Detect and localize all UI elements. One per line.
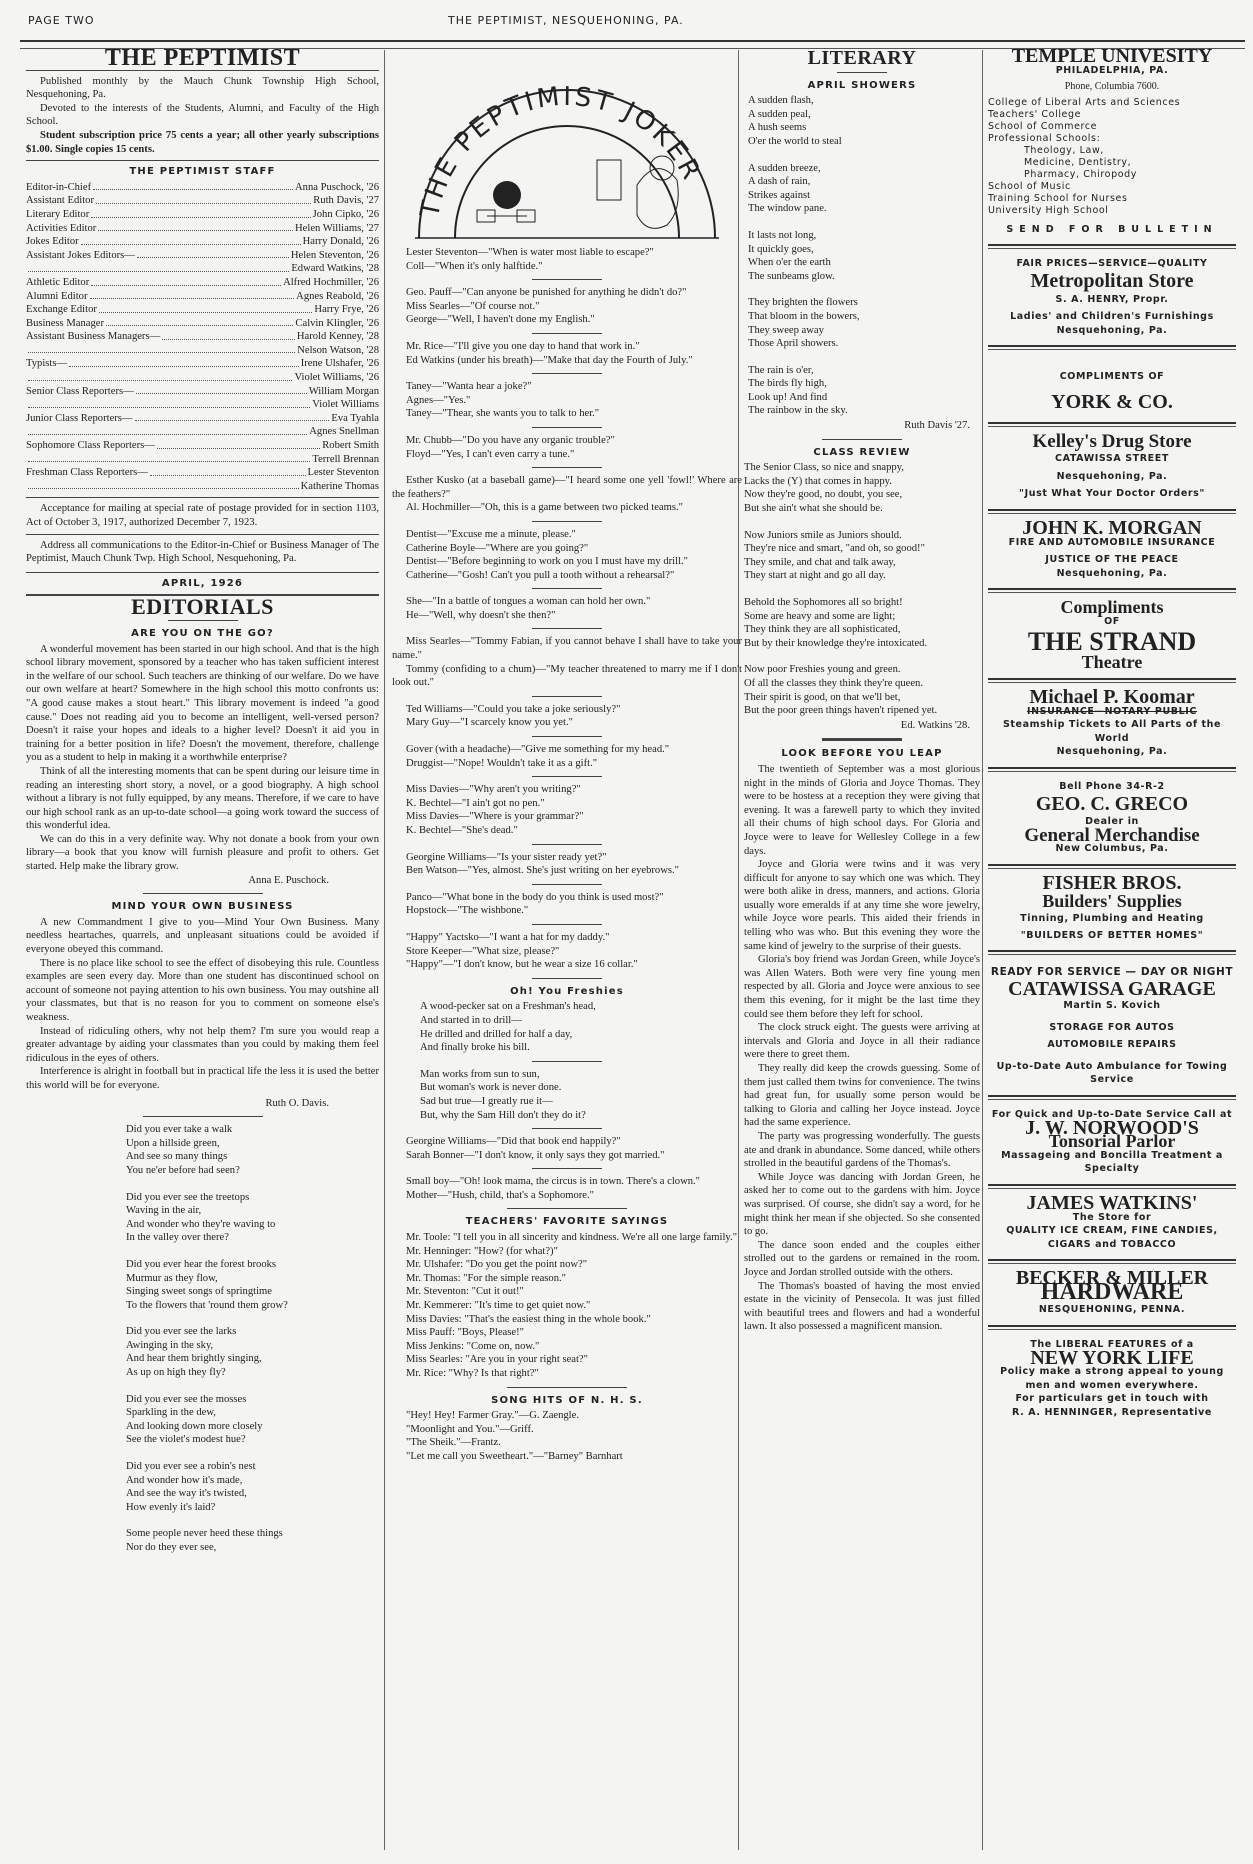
leader-dots [106,317,293,327]
joke-line: He—"Well, why doesn't she then?" [392,609,742,623]
paragraph: The Thomas's boasted of having the most … [744,1280,980,1334]
staff-name: Terrell Brennan [312,453,379,467]
poem-line: O'er the world to steal [748,135,980,149]
joke-divider [532,884,602,885]
ad-becker-miller: BECKER & MILLER HARDWARE NESQUEHONING, P… [988,1272,1236,1317]
saying: Miss Davies: "That's the easiest thing i… [392,1313,742,1327]
staff-row: Assistant Jokes Editors—Helen Steventon,… [26,249,379,263]
poem-line: To the flowers that 'round them grow? [126,1299,379,1313]
poem-line: They brighten the flowers [748,296,980,310]
paragraph: We can do this in a very definite way. W… [26,833,379,874]
masthead-title: THE PEPTIMIST [26,52,379,66]
joke: Georgine Williams—"Did that book end hap… [392,1135,742,1162]
staff-role: Athletic Editor [26,276,89,290]
leader-dots [28,398,310,408]
poem-line: See the violet's modest hue? [126,1433,379,1447]
leader-dots [28,453,310,463]
staff-role: Junior Class Reporters— [26,412,133,426]
poem-line: When o'er the earth [748,256,980,270]
leader-dots [28,344,295,354]
poem-line: Lacks the (Y) that comes in happy. [744,475,980,489]
leader-dots [28,425,307,435]
poem-line: Did you ever hear the forest brooks [126,1258,379,1272]
ad-catawissa-garage: READY FOR SERVICE — DAY OR NIGHT CATAWIS… [988,963,1236,1087]
poem-line: Nor do they ever see, [126,1541,379,1555]
staff-row: Business ManagerCalvin Klingler, '26 [26,317,379,331]
joke: Mr. Chubb—"Do you have any organic troub… [392,434,742,461]
joke-divider [532,521,602,522]
poem-line: Awinging in the sky, [126,1339,379,1353]
verse-line: And finally broke his bill. [420,1041,742,1055]
stanza: Did you ever see the larksAwinging in th… [126,1325,379,1379]
stanza: The Senior Class, so nice and snappy,Lac… [744,461,980,515]
poem-line: Did you ever see the larks [126,1325,379,1339]
poem-line: Strikes against [748,189,980,203]
staff-name: Nelson Watson, '28 [297,344,379,358]
staff-name: John Cipko, '26 [313,208,379,222]
school-item: Medicine, Dentistry, [988,157,1236,169]
sayings-list: Mr. Toole: "I tell you in all sincerity … [392,1231,742,1381]
staff-row: Athletic EditorAlfred Hochmiller, '26 [26,276,379,290]
joke-line: "Happy" Yactsko—"I want a hat for my dad… [392,931,742,945]
joke-line: Store Keeper—"What size, please?" [392,945,742,959]
staff-name: Helen Steventon, '26 [291,249,379,263]
joke-divider [532,588,602,589]
staff-name: William Morgan [309,385,379,399]
staff-role: Freshman Class Reporters— [26,466,148,480]
staff-role: Jokes Editor [26,235,79,249]
joke-divider [532,373,602,374]
poem-line: Of all the classes they think they're qu… [744,677,980,691]
joke-line: K. Bechtel—"She's dead." [392,824,742,838]
joke-line: Druggist—"Nope! Wouldn't take it as a gi… [392,757,742,771]
verse-line: He drilled and drilled for half a day, [420,1028,742,1042]
jokes-list: Georgine Williams—"Did that book end hap… [392,1135,742,1202]
ad-metropolitan-store: FAIR PRICES—SERVICE—QUALITY Metropolitan… [988,257,1236,337]
address-notice: Address all communications to the Editor… [26,539,379,566]
joke-divider [532,1168,602,1169]
poem-line: Singing sweet songs of springtime [126,1285,379,1299]
joke-line: K. Bechtel—"I ain't got no pen." [392,797,742,811]
staff-name: Katherine Thomas [301,480,379,494]
leader-dots [93,181,293,191]
staff-row: Exchange EditorHarry Frye, '26 [26,303,379,317]
joke-line: Ben Watson—"Yes, almost. She's just writ… [392,864,742,878]
staff-role: Assistant Editor [26,194,94,208]
leader-dots [28,262,289,272]
column-masthead-editorials: THE PEPTIMIST Published monthly by the M… [26,50,379,1568]
poem-line: A hush seems [748,121,980,135]
paragraph: Instead of ridiculing others, why not he… [26,1025,379,1066]
ad-kelleys-drug-store: Kelley's Drug Store CATAWISSA STREET Nes… [988,435,1236,501]
joke-divider [532,844,602,845]
poem-line: And wonder how it's made, [126,1474,379,1488]
staff-role: Sophomore Class Reporters— [26,439,155,453]
saying: Mr. Rice: "Why? Is that right?" [392,1367,742,1381]
stanza: They brighten the flowersThat bloom in t… [748,296,980,350]
staff-row: Assistant EditorRuth Davis, '27 [26,194,379,208]
ad-temple-university: TEMPLE UNIVESITY PHILADELPHIA, PA. Phone… [988,50,1236,236]
poem-line: Did you ever take a walk [126,1123,379,1137]
paragraph: The clock struck eight. The guests were … [744,1021,980,1062]
poem-line: But the poor green things haven't ripene… [744,704,980,718]
staff-role: Business Manager [26,317,104,331]
joke-divider [532,628,602,629]
editorial-body: A wonderful movement has been started in… [26,643,379,874]
staff-row: Junior Class Reporters—Eva Tyahla [26,412,379,426]
joke-line: Coll—"When it's only halftide." [392,260,742,274]
joke-line: She—"In a battle of tongues a woman can … [392,595,742,609]
poem-line: A sudden peal, [748,108,980,122]
staff-name: Agnes Reabold, '26 [296,290,379,304]
saying: Mr. Kemmerer: "It's time to get quiet no… [392,1299,742,1313]
leader-dots [150,466,306,476]
poem-line: That bloom in the bowers, [748,310,980,324]
leader-dots [28,371,292,381]
staff-row: Nelson Watson, '28 [26,344,379,358]
poem-line: Did you ever see the mosses [126,1393,379,1407]
joke-line: Mary Guy—"I scarcely know you yet." [392,716,742,730]
poem-line: Those April showers. [748,337,980,351]
ad-geo-c-greco: Bell Phone 34-R-2 GEO. C. GRECO Dealer i… [988,780,1236,856]
stanza: A sudden breeze,A dash of rain,Strikes a… [748,162,980,216]
ad-michael-p-koomar: Michael P. Koomar INSURANCE—NOTARY PUBLI… [988,691,1236,759]
poem-line: Now Juniors smile as Juniors should. [744,529,980,543]
literary-heading: LITERARY [744,52,980,66]
leader-dots [96,194,311,204]
joke: Taney—"Wanta hear a joke?"Agnes—"Yes."Ta… [392,380,742,421]
staff-row: Typists—Irene Ulshafer, '26 [26,357,379,371]
saying: Miss Jenkins: "Come on, now." [392,1340,742,1354]
staff-name: Violet Williams [312,398,379,412]
ad-the-strand-theatre: Compliments OF THE STRAND Theatre [988,601,1236,670]
poem-line: Murmur as they flow, [126,1272,379,1286]
leader-dots [135,412,330,422]
staff-row: Violet Williams [26,398,379,412]
staff-role: Exchange Editor [26,303,97,317]
poem-line: Their spirit is good, on that we'll bet, [744,691,980,705]
poem-line: They think they are all sophisticated, [744,623,980,637]
ad-james-watkins: JAMES WATKINS' The Store for QUALITY ICE… [988,1197,1236,1251]
column-divider [982,50,983,1850]
poem-line: And see the way it's twisted, [126,1487,379,1501]
verse-line: And started in to drill— [420,1014,742,1028]
joke: Miss Davies—"Why aren't you writing?"K. … [392,783,742,837]
joke-line: Dentist—"Excuse me a minute, please." [392,528,742,542]
leader-dots [90,290,295,300]
page-header: PAGE TWO THE PEPTIMIST, NESQUEHONING, PA… [28,14,1253,34]
paragraph: A new Commandment I give to you—Mind You… [26,916,379,957]
leader-dots [136,385,307,395]
poem-line: Look up! And find [748,391,980,405]
staff-row: Sophomore Class Reporters—Robert Smith [26,439,379,453]
staff-role: Senior Class Reporters— [26,385,134,399]
poem-line: How evenly it's laid? [126,1501,379,1515]
staff-list: Editor-in-ChiefAnna Puschock, '26Assista… [26,181,379,494]
joke-line: Taney—"Thear, she wants you to talk to h… [392,407,742,421]
nature-poem: Did you ever take a walkUpon a hillside … [126,1123,379,1554]
school-item: College of Liberal Arts and Sciences [988,97,1236,109]
poem-line: The window pane. [748,202,980,216]
stanza: It lasts not long,It quickly goes,When o… [748,229,980,283]
paragraph: There is no place like school to see the… [26,957,379,1025]
school-item: School of Music [988,181,1236,193]
staff-name: Harry Donald, '26 [303,235,379,249]
staff-name: Lester Steventon [308,466,380,480]
school-item: Training School for Nurses [988,193,1236,205]
staff-row: Katherine Thomas [26,480,379,494]
staff-name: Eva Tyahla [331,412,379,426]
joke-line: George—"Well, I haven't done my English.… [392,313,742,327]
song: "Hey! Hey! Farmer Gray."—G. Zaengle. [392,1409,742,1423]
stanza: The rain is o'er,The birds fly high,Look… [748,364,980,418]
joke: Miss Searles—"Tommy Fabian, if you canno… [392,635,742,689]
school-item: Professional Schools: [988,133,1236,145]
joke-line: Dentist—"Before beginning to work on you… [392,555,742,569]
ad-york-co: COMPLIMENTS OF YORK & CO. [988,358,1236,413]
saying: Miss Pauff: "Boys, Please!" [392,1326,742,1340]
stanza: Did you ever see the mossesSparkling in … [126,1393,379,1447]
staff-name: Irene Ulshafer, '26 [301,357,379,371]
staff-role: Typists— [26,357,67,371]
poem-line: A sudden flash, [748,94,980,108]
joke-line: Catherine Boyle—"Where are you going?" [392,542,742,556]
paragraph: A wonderful movement has been started in… [26,643,379,765]
poem-line: Sparkling in the dew, [126,1406,379,1420]
joke-line: Floyd—"Yes, I can't even carry a tune." [392,448,742,462]
staff-name: Anna Puschock, '26 [295,181,379,195]
poem-line: Some are heavy and some are light; [744,610,980,624]
page-label: PAGE TWO [28,14,95,27]
column-jokes: THE PEPTIMIST JOKER Lester Steventon—"Wh… [392,50,742,1464]
poem-line: In the valley over there? [126,1231,379,1245]
verse-line: Man works from sun to sun, [420,1068,742,1082]
paragraph: Think of all the interesting moments tha… [26,765,379,833]
paragraph: Joyce and Gloria were twins and it was v… [744,858,980,953]
woman-work-verse: Man works from sun to sun,But woman's wo… [420,1068,742,1122]
leader-dots [91,276,281,286]
saying: Mr. Ulshafer: "Do you get the point now?… [392,1258,742,1272]
ad-new-york-life: The LIBERAL FEATURES of a NEW YORK LIFE … [988,1338,1236,1420]
poem-line: It quickly goes, [748,243,980,257]
joke-divider [532,696,602,697]
joke-line: Ted Williams—"Could you take a joke seri… [392,703,742,717]
staff-row: Agnes Snellman [26,425,379,439]
staff-name: Harold Kenney, '28 [297,330,379,344]
poem-line: Did you ever see a robin's nest [126,1460,379,1474]
intro-text: Published monthly by the Mauch Chunk Tow… [26,75,379,102]
joke-line: Esther Kusko (at a baseball game)—"I hea… [392,474,742,501]
joke-line: Miss Davies—"Where is your grammar?" [392,810,742,824]
staff-row: Violet Williams, '26 [26,371,379,385]
poem-line: They smile, and chat and talk away, [744,556,980,570]
leader-dots [81,235,301,245]
saying: Mr. Thomas: "For the simple reason." [392,1272,742,1286]
verse-line: But, why the Sam Hill don't they do it? [420,1109,742,1123]
staff-row: Alumni EditorAgnes Reabold, '26 [26,290,379,304]
leader-dots [157,439,320,449]
stanza: Did you ever see a robin's nestAnd wonde… [126,1460,379,1514]
school-item: Pharmacy, Chiropody [988,169,1236,181]
poem-line: Upon a hillside green, [126,1137,379,1151]
stanza: Did you ever see the treetopsWaving in t… [126,1191,379,1245]
class-review-poem: The Senior Class, so nice and snappy,Lac… [744,461,980,718]
joke-line: Lester Steventon—"When is water most lia… [392,246,742,260]
poem-line: And looking down more closely [126,1420,379,1434]
verse-line: A wood-pecker sat on a Freshman's head, [420,1000,742,1014]
staff-role: Alumni Editor [26,290,88,304]
verse-line: But woman's work is never done. [420,1081,742,1095]
stanza: Did you ever take a walkUpon a hillside … [126,1123,379,1177]
ad-john-k-morgan: JOHN K. MORGAN FIRE AND AUTOMOBILE INSUR… [988,522,1236,580]
editorial-title: ARE YOU ON THE GO? [26,627,379,641]
intro-text: Devoted to the interests of the Students… [26,102,379,129]
joke: She—"In a battle of tongues a woman can … [392,595,742,622]
paragraph: Gloria's boy friend was Jordan Green, wh… [744,953,980,1021]
paragraph: The party was progressing wonderfully. T… [744,1130,980,1171]
poem-title: CLASS REVIEW [744,446,980,460]
freshies-poem: A wood-pecker sat on a Freshman's head,A… [420,1000,742,1054]
joke-line: Ed Watkins (under his breath)—"Make that… [392,354,742,368]
joke-divider [532,736,602,737]
staff-role: Activities Editor [26,222,96,236]
joke-line: Miss Searles—"Tommy Fabian, if you canno… [392,635,742,662]
school-item: School of Commerce [988,121,1236,133]
poem-line: Some people never heed these things [126,1527,379,1541]
subscription-text: Student subscription price 75 cents a ye… [26,129,379,156]
joke-line: Sarah Bonner—"I don't know, it only says… [392,1149,742,1163]
poem-line: The sunbeams glow. [748,270,980,284]
leader-dots [98,222,293,232]
school-item: Teachers' College [988,109,1236,121]
editorial-signature: Ruth O. Davis. [26,1097,379,1111]
poem-line: Behold the Sophomores all so bright! [744,596,980,610]
editorials-heading: EDITORIALS [26,600,379,614]
staff-role: Literary Editor [26,208,89,222]
joke-line: Hopstock—"The wishbone." [392,904,742,918]
joke: Geo. Pauff—"Can anyone be punished for a… [392,286,742,327]
stanza: A sudden flash,A sudden peal,A hush seem… [748,94,980,148]
leader-dots [69,357,299,367]
joke-line: Al. Hochmiller—"Oh, this is a game betwe… [392,501,742,515]
joke: Panco—"What bone in the body do you thin… [392,891,742,918]
saying: Mr. Steventon: "Cut it out!" [392,1285,742,1299]
verse-line: Sad but true—I greatly rue it— [420,1095,742,1109]
sayings-title: TEACHERS' FAVORITE SAYINGS [392,1215,742,1229]
story-body: The twentieth of September was a most gl… [744,763,980,1334]
staff-name: Edward Watkins, '28 [291,262,379,276]
poem-signature: Ruth Davis '27. [744,419,980,433]
joke-line: Mr. Chubb—"Do you have any organic troub… [392,434,742,448]
stanza: Behold the Sophomores all so bright!Some… [744,596,980,650]
april-showers-poem: A sudden flash,A sudden peal,A hush seem… [748,94,980,418]
editorial-body: A new Commandment I give to you—Mind You… [26,916,379,1093]
svg-text:THE PEPTIMIST JOKER: THE PEPTIMIST JOKER [415,82,707,221]
stanza: Did you ever hear the forest brooksMurmu… [126,1258,379,1312]
joke-line: Taney—"Wanta hear a joke?" [392,380,742,394]
joke-divider [532,279,602,280]
poem-line: As up on high they fly? [126,1366,379,1380]
joke: Mr. Rice—"I'll give you one day to hand … [392,340,742,367]
poem-title: APRIL SHOWERS [744,79,980,93]
leader-dots [137,249,289,259]
staff-row: Activities EditorHelen Williams, '27 [26,222,379,236]
poem-signature: Ed. Watkins '28. [744,719,980,733]
staff-name: Robert Smith [322,439,379,453]
joke-divider [532,776,602,777]
ad-fisher-bros: FISHER BROS. Builders' Supplies Tinning,… [988,877,1236,942]
staff-name: Calvin Klingler, '26 [295,317,379,331]
paragraph: The dance soon ended and the couples eit… [744,1239,980,1280]
joke-line: Mr. Rice—"I'll give you one day to hand … [392,340,742,354]
running-title: THE PEPTIMIST, NESQUEHONING, PA. [448,14,684,27]
school-item: Theology, Law, [988,145,1236,157]
joke-line: Catherine—"Gosh! Can't you pull a tooth … [392,569,742,583]
peptimist-joker-logo: THE PEPTIMIST JOKER [407,50,727,240]
school-item: University High School [988,205,1236,217]
paragraph: They really did keep the crowds guessing… [744,1062,980,1130]
joke-line: Geo. Pauff—"Can anyone be punished for a… [392,286,742,300]
issue-date: APRIL, 1926 [26,577,379,591]
leader-dots [99,303,313,313]
staff-role: Assistant Business Managers— [26,330,160,344]
poem-line: Now they're good, no doubt, you see, [744,488,980,502]
joke: Dentist—"Excuse me a minute, please."Cat… [392,528,742,582]
joke: Ted Williams—"Could you take a joke seri… [392,703,742,730]
paragraph: Interference is alright in football but … [26,1065,379,1092]
poem-line: The birds fly high, [748,377,980,391]
stanza: Now poor Freshies young and green.Of all… [744,663,980,717]
staff-row: Assistant Business Managers—Harold Kenne… [26,330,379,344]
column-advertisements: TEMPLE UNIVESITY PHILADELPHIA, PA. Phone… [988,50,1236,1420]
editorial-signature: Anna E. Puschock. [26,874,379,888]
stanza: Now Juniors smile as Juniors should.They… [744,529,980,583]
staff-row: Editor-in-ChiefAnna Puschock, '26 [26,181,379,195]
staff-row: Literary EditorJohn Cipko, '26 [26,208,379,222]
joke-line: Georgine Williams—"Did that book end hap… [392,1135,742,1149]
saying: Mr. Toole: "I tell you in all sincerity … [392,1231,742,1245]
poem-line: And hear them brightly singing, [126,1352,379,1366]
column-divider [384,50,385,1850]
joke-line: Mother—"Hush, child, that's a Sophomore.… [392,1189,742,1203]
ad-jw-norwood: For Quick and Up-to-Date Service Call at… [988,1108,1236,1176]
staff-row: Terrell Brennan [26,453,379,467]
joke: Gover (with a headache)—"Give me somethi… [392,743,742,770]
poem-line: And wonder who they're waving to [126,1218,379,1232]
joke-line: Tommy (confiding to a chum)—"My teacher … [392,663,742,690]
poem-line: The Senior Class, so nice and snappy, [744,461,980,475]
joke-line: Georgine Williams—"Is your sister ready … [392,851,742,865]
jokes-list: Lester Steventon—"When is water most lia… [392,246,742,972]
staff-name: Agnes Snellman [309,425,379,439]
poem-line: The rainbow in the sky. [748,404,980,418]
staff-role: Editor-in-Chief [26,181,91,195]
song: "The Sheik."—Frantz. [392,1436,742,1450]
paragraph: While Joyce was dancing with Jordan Gree… [744,1171,980,1239]
songs-list: "Hey! Hey! Farmer Gray."—G. Zaengle."Moo… [392,1409,742,1463]
joke-line: Miss Davies—"Why aren't you writing?" [392,783,742,797]
song: "Let me call you Sweetheart."—"Barney" B… [392,1450,742,1464]
joke: "Happy" Yactsko—"I want a hat for my dad… [392,931,742,972]
joke-divider [532,924,602,925]
joke: Georgine Williams—"Is your sister ready … [392,851,742,878]
poem-line: The rain is o'er, [748,364,980,378]
stanza: Some people never heed these thingsNor d… [126,1527,379,1554]
staff-name: Harry Frye, '26 [314,303,379,317]
poem-line: A dash of rain, [748,175,980,189]
column-literary: LITERARY APRIL SHOWERS A sudden flash,A … [744,50,980,1334]
staff-name: Helen Williams, '27 [295,222,379,236]
